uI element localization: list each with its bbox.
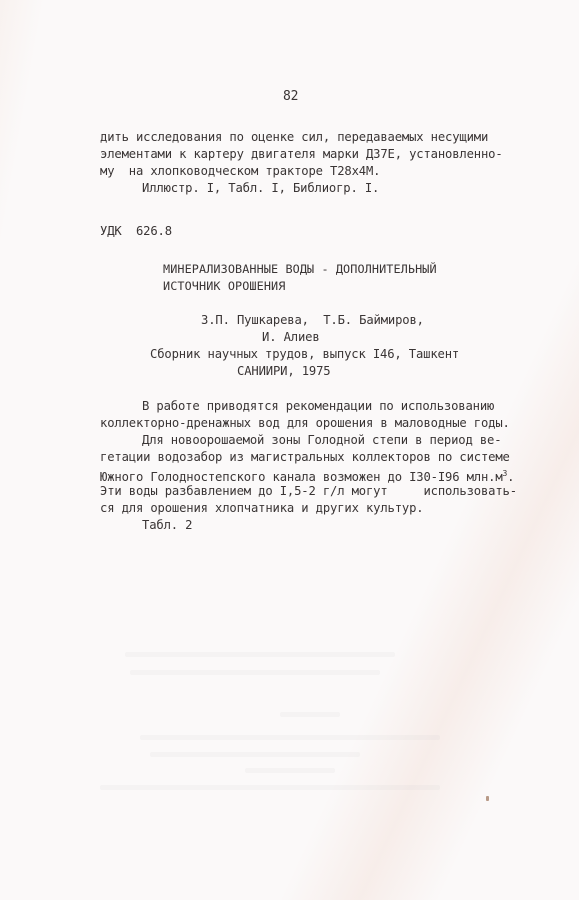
paper-spot <box>486 796 489 801</box>
bleed-through <box>100 785 440 790</box>
abstract-line: Южного Голодностепского канала возможен … <box>100 467 514 484</box>
table-note: Табл. 2 <box>142 518 192 532</box>
bleed-through <box>140 735 440 740</box>
document-page: 82 дить исследования по оценке сил, пере… <box>0 0 579 900</box>
continuation-line: му на хлопководческом тракторе Т28х4М. <box>100 164 380 178</box>
source: Сборник научных трудов, выпуск I46, Ташк… <box>150 347 459 361</box>
udk-code: УДК 626.8 <box>100 224 172 238</box>
bleed-through <box>245 768 335 773</box>
authors: З.П. Пушкарева, Т.Б. Баймиров, <box>201 313 424 327</box>
bleed-through <box>150 752 360 757</box>
article-title: МИНЕРАЛИЗОВАННЫЕ ВОДЫ - ДОПОЛНИТЕЛЬНЫЙ <box>163 262 437 276</box>
source: САНИИРИ, 1975 <box>237 364 330 378</box>
abstract-line: Эти воды разбавлением до I,5-2 г/л могут… <box>100 484 517 498</box>
continuation-line: элементами к картеру двигателя марки Д37… <box>100 147 503 161</box>
abstract-line: ся для орошения хлопчатника и других кул… <box>100 501 423 515</box>
abstract-line: Для новоорошаемой зоны Голодной степи в … <box>142 433 501 447</box>
page-number: 82 <box>283 90 298 104</box>
references-line: Иллюстр. I, Табл. I, Библиогр. I. <box>142 181 379 195</box>
abstract-line: В работе приводятся рекомендации по испо… <box>142 399 494 413</box>
abstract-line: коллекторно-дренажных вод для орошения в… <box>100 416 510 430</box>
continuation-line: дить исследования по оценке сил, передав… <box>100 130 488 144</box>
bleed-through <box>125 652 395 657</box>
bleed-through <box>280 712 340 717</box>
article-title: ИСТОЧНИК ОРОШЕНИЯ <box>163 279 285 293</box>
abstract-line: гетации водозабор из магистральных колле… <box>100 450 510 464</box>
authors: И. Алиев <box>262 330 320 344</box>
bleed-through <box>130 670 380 675</box>
